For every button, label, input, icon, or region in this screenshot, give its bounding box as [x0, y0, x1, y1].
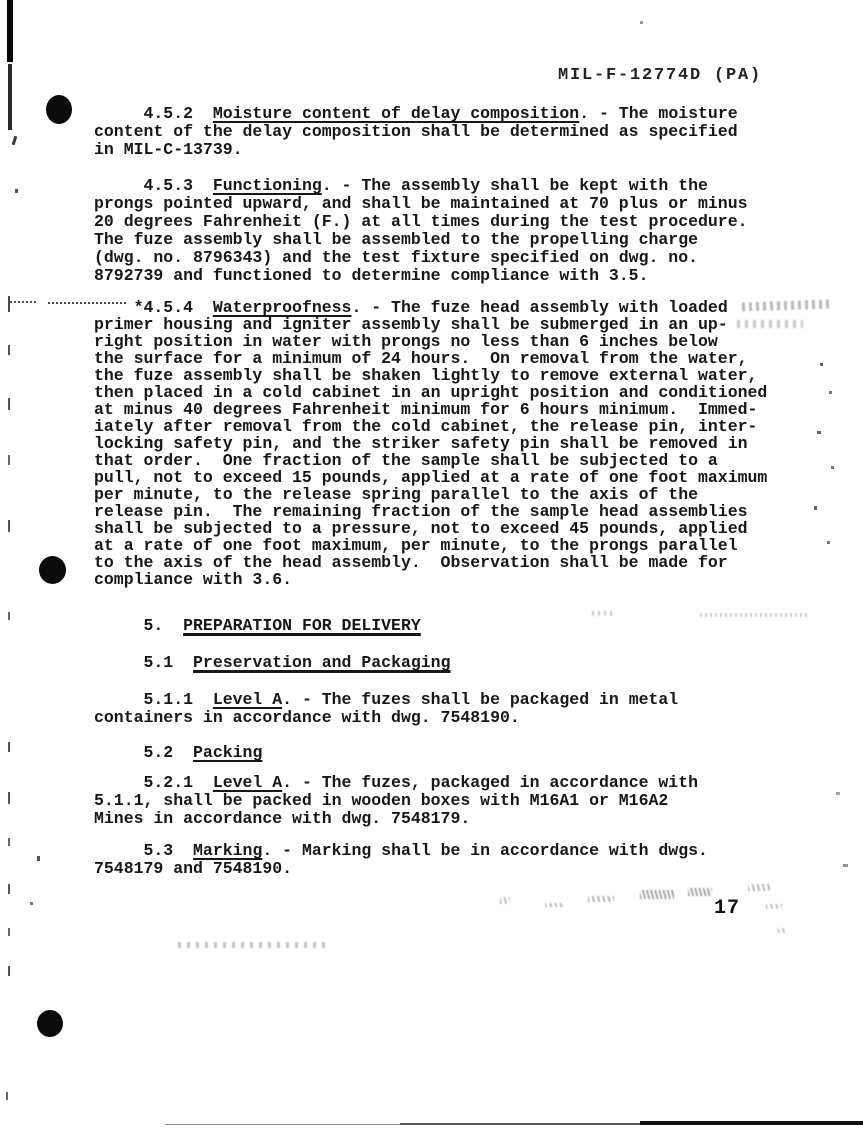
- text-segment: in MIL-C-13739.: [94, 140, 243, 159]
- scan-smudge: [700, 613, 810, 617]
- text-line: 8792739 and functioned to determine comp…: [94, 267, 794, 285]
- text-segment: compliance with 3.6.: [94, 570, 292, 589]
- text-line: the fuze assembly shall be shaken lightl…: [94, 367, 794, 384]
- scan-speck: [843, 864, 848, 867]
- margin-dash: [8, 520, 10, 532]
- text-segment: 20 degrees Fahrenheit (F.) at all times …: [94, 212, 748, 231]
- text-line: 5.2 Packing: [94, 744, 794, 762]
- text-line: 20 degrees Fahrenheit (F.) at all times …: [94, 213, 794, 231]
- margin-dash: [8, 455, 10, 465]
- scan-speck: [12, 136, 18, 145]
- scan-speck: [30, 902, 33, 905]
- text-line: that order. One fraction of the sample s…: [94, 452, 794, 469]
- para-5-1-1: 5.1.1 Level A. - The fuzes shall be pack…: [94, 691, 794, 727]
- text-line: per minute, to the release spring parall…: [94, 486, 794, 503]
- text-line: (dwg. no. 8796343) and the test fixture …: [94, 249, 794, 267]
- heading-5-1: 5.1 Preservation and Packaging: [94, 654, 794, 672]
- scan-speck: [820, 363, 823, 366]
- text-line: 5. PREPARATION FOR DELIVERY: [94, 617, 794, 635]
- dotted-line-artifact: [8, 296, 10, 312]
- scan-smudge: [545, 903, 563, 907]
- text-line: at a rate of one foot maximum, per minut…: [94, 537, 794, 554]
- margin-dash: [8, 345, 10, 355]
- text-line: 5.3 Marking. - Marking shall be in accor…: [94, 842, 794, 860]
- hole-punch-mark: [37, 1010, 63, 1037]
- scan-speck: [829, 391, 832, 394]
- underlined-text: Level A: [213, 773, 282, 792]
- text-line: 4.5.2 Moisture content of delay composit…: [94, 105, 794, 123]
- margin-dash: [8, 966, 10, 976]
- text-line: 5.1 Preservation and Packaging: [94, 654, 794, 672]
- scan-smudge: [178, 942, 328, 948]
- text-line: release pin. The remaining fraction of t…: [94, 503, 794, 520]
- page-number: 17: [714, 897, 740, 920]
- text-segment: . - The moisture: [579, 104, 737, 123]
- text-line: at minus 40 degrees Fahrenheit minimum f…: [94, 401, 794, 418]
- text-segment: The fuze assembly shall be assembled to …: [94, 230, 698, 249]
- scan-speck: [15, 189, 18, 193]
- text-segment: 5.1.1: [94, 690, 213, 709]
- underlined-text: Packing: [193, 743, 262, 762]
- text-segment: 5.3: [94, 841, 193, 860]
- text-segment: 4.5.3: [94, 176, 213, 195]
- margin-dash: [8, 884, 10, 894]
- text-segment: 5.2.1: [94, 773, 213, 792]
- hole-punch-mark: [46, 95, 72, 124]
- bottom-scan-line: [640, 1121, 863, 1125]
- scan-speck: [827, 541, 830, 544]
- underlined-text: PREPARATION FOR DELIVERY: [183, 616, 421, 635]
- underlined-text: Level A: [213, 690, 282, 709]
- heading-5: 5. PREPARATION FOR DELIVERY: [94, 617, 794, 635]
- text-line: 5.1.1, shall be packed in wooden boxes w…: [94, 792, 794, 810]
- scan-smudge: [500, 897, 510, 904]
- text-segment: 5.1.1, shall be packed in wooden boxes w…: [94, 791, 668, 810]
- heading-5-2: 5.2 Packing: [94, 744, 794, 762]
- underlined-text: Moisture content of delay composition: [213, 104, 579, 123]
- margin-dash: [8, 928, 10, 936]
- text-segment: 5.1: [94, 653, 193, 672]
- scan-speck: [831, 466, 834, 469]
- text-segment: prongs pointed upward, and shall be main…: [94, 194, 748, 213]
- margin-dash: [8, 612, 10, 620]
- para-5-2-1: 5.2.1 Level A. - The fuzes, packaged in …: [94, 774, 794, 828]
- scan-smudge: [688, 888, 712, 896]
- text-line: 5.1.1 Level A. - The fuzes shall be pack…: [94, 691, 794, 709]
- document-reference: MIL-F-12774D (PA): [558, 66, 762, 85]
- dotted-line-artifact: [10, 301, 36, 303]
- text-segment: . - The fuzes, packaged in accordance wi…: [282, 773, 698, 792]
- text-line: prongs pointed upward, and shall be main…: [94, 195, 794, 213]
- text-line: Mines in accordance with dwg. 7548179.: [94, 810, 794, 828]
- scan-speck: [817, 431, 821, 434]
- scan-edge-bar: [7, 0, 13, 62]
- scan-speck: [836, 792, 840, 795]
- text-line: compliance with 3.6.: [94, 571, 794, 588]
- text-segment: Mines in accordance with dwg. 7548179.: [94, 809, 470, 828]
- underlined-text: Preservation and Packaging: [193, 653, 450, 672]
- para-5-3: 5.3 Marking. - Marking shall be in accor…: [94, 842, 794, 878]
- margin-dash: [8, 398, 10, 410]
- text-segment: 5.: [94, 616, 183, 635]
- para-4-5-2: 4.5.2 Moisture content of delay composit…: [94, 105, 794, 159]
- scan-smudge: [588, 896, 614, 902]
- text-segment: containers in accordance with dwg. 75481…: [94, 708, 520, 727]
- text-line: 7548179 and 7548190.: [94, 860, 794, 878]
- scan-smudge: [737, 320, 803, 328]
- bottom-scan-line: [400, 1123, 640, 1125]
- hole-punch-mark: [39, 556, 66, 584]
- margin-dash: [8, 838, 10, 846]
- underlined-text: Functioning: [213, 176, 322, 195]
- scan-speck: [640, 21, 643, 24]
- text-segment: . - The assembly shall be kept with the: [322, 176, 708, 195]
- document-body: 4.5.2 Moisture content of delay composit…: [94, 105, 794, 878]
- text-segment: 7548179 and 7548190.: [94, 859, 292, 878]
- scan-speck: [37, 856, 40, 861]
- text-line: The fuze assembly shall be assembled to …: [94, 231, 794, 249]
- text-line: the surface for a minimum of 24 hours. O…: [94, 350, 794, 367]
- scan-smudge: [748, 884, 770, 891]
- para-4-5-3: 4.5.3 Functioning. - The assembly shall …: [94, 177, 794, 285]
- para-4-5-4: *4.5.4 Waterproofness. - The fuze head a…: [94, 299, 794, 588]
- text-line: then placed in a cold cabinet in an upri…: [94, 384, 794, 401]
- scan-smudge: [592, 611, 614, 616]
- scan-smudge: [742, 299, 830, 311]
- text-line: 5.2.1 Level A. - The fuzes, packaged in …: [94, 774, 794, 792]
- text-segment: . - Marking shall be in accordance with …: [262, 841, 708, 860]
- text-line: to the axis of the head assembly. Observ…: [94, 554, 794, 571]
- text-segment: content of the delay composition shall b…: [94, 122, 738, 141]
- scan-smudge: [640, 890, 674, 899]
- margin-dash: [8, 792, 10, 804]
- text-line: in MIL-C-13739.: [94, 141, 794, 159]
- scan-edge-bar: [8, 64, 12, 130]
- text-line: containers in accordance with dwg. 75481…: [94, 709, 794, 727]
- dotted-line-artifact: [48, 302, 126, 304]
- bottom-scan-line: [165, 1124, 400, 1125]
- text-line: primer housing and igniter assembly shal…: [94, 316, 794, 333]
- text-line: pull, not to exceed 15 pounds, applied a…: [94, 469, 794, 486]
- text-segment: 8792739 and functioned to determine comp…: [94, 266, 649, 285]
- scan-smudge: [778, 928, 786, 933]
- margin-dash: [8, 742, 10, 752]
- underlined-text: Marking: [193, 841, 262, 860]
- text-segment: (dwg. no. 8796343) and the test fixture …: [94, 248, 698, 267]
- margin-dash: [6, 1092, 8, 1100]
- text-line: locking safety pin, and the striker safe…: [94, 435, 794, 452]
- text-line: 4.5.3 Functioning. - The assembly shall …: [94, 177, 794, 195]
- text-segment: 4.5.2: [94, 104, 213, 123]
- text-segment: . - The fuzes shall be packaged in metal: [282, 690, 678, 709]
- scan-smudge: [766, 904, 782, 909]
- text-line: *4.5.4 Waterproofness. - The fuze head a…: [94, 299, 794, 316]
- text-segment: 5.2: [94, 743, 193, 762]
- scan-speck: [814, 506, 817, 510]
- text-line: right position in water with prongs no l…: [94, 333, 794, 350]
- text-line: iately after removal from the cold cabin…: [94, 418, 794, 435]
- text-line: content of the delay composition shall b…: [94, 123, 794, 141]
- text-line: shall be subjected to a pressure, not to…: [94, 520, 794, 537]
